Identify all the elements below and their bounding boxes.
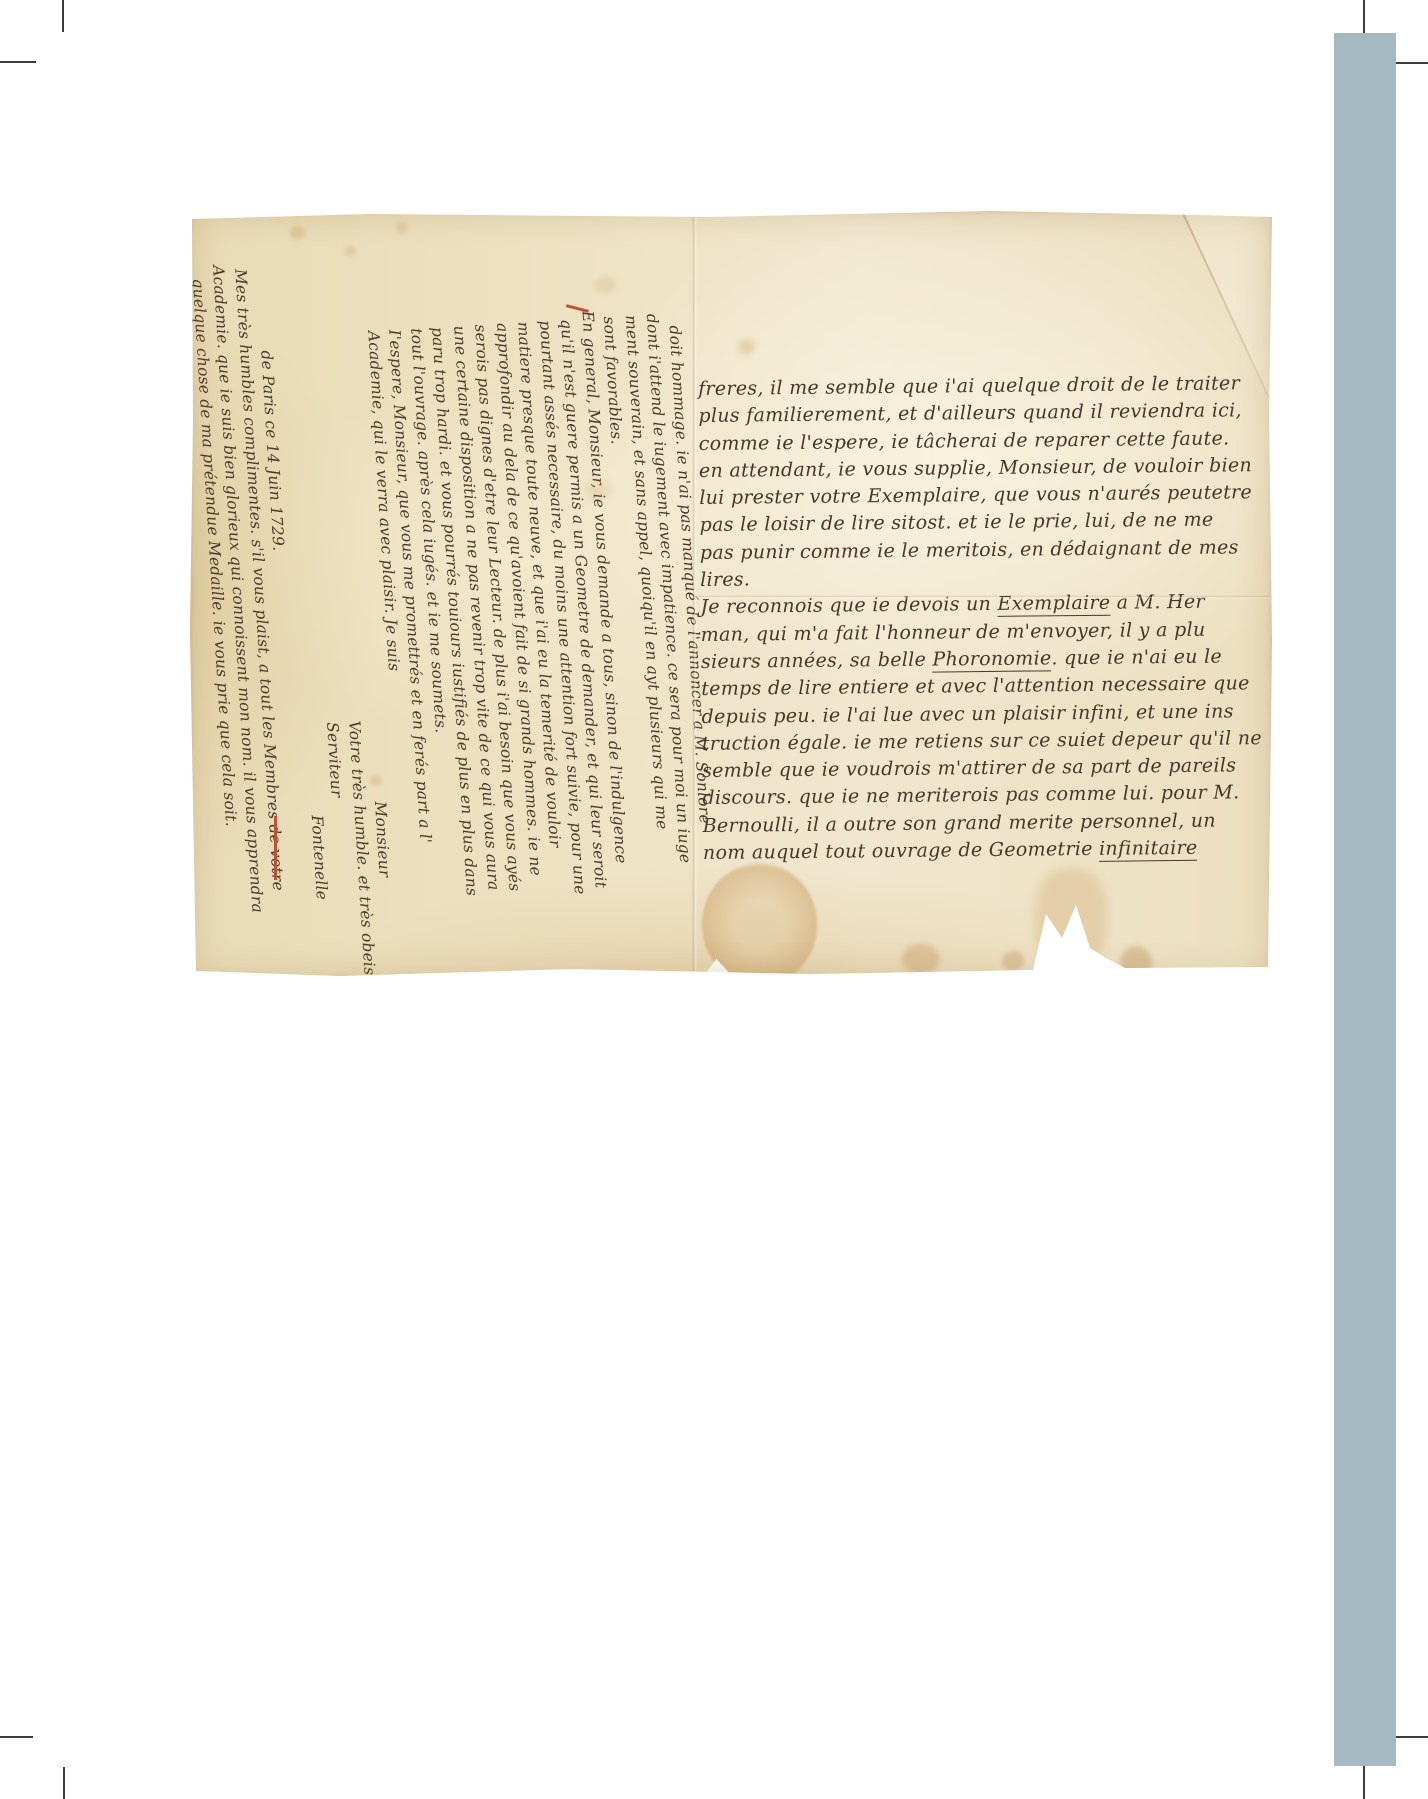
- crop-mark-top-right-horizontal: [1392, 62, 1428, 64]
- line-text: nom auquel tout ouvrage de Geometrie: [703, 838, 1099, 864]
- print-layout-page: doit hommage. ie n'ai pas manqué de l'an…: [0, 0, 1428, 1799]
- underlined-word: Phoronomie: [932, 647, 1051, 672]
- crop-mark-top-right-vertical: [1363, 0, 1365, 33]
- crop-mark-bottom-left-horizontal: [0, 1736, 33, 1738]
- letter-right-page-text: freres, il me semble que i'ai quelque dr…: [698, 370, 1281, 867]
- crop-mark-top-left-horizontal: [0, 61, 36, 63]
- crop-mark-bottom-right-horizontal: [1395, 1736, 1428, 1738]
- foxing-stain: [902, 944, 940, 974]
- foxing-stain: [1120, 946, 1152, 980]
- crop-mark-top-left-vertical: [62, 0, 64, 32]
- line-text: . que ie n'ai eu le: [1051, 645, 1222, 669]
- foxing-stain: [738, 339, 755, 354]
- line-text: sieurs années, sa belle: [701, 649, 933, 673]
- crop-mark-bottom-right-vertical: [1363, 1766, 1365, 1799]
- signature-red-underline: [274, 816, 277, 880]
- sidebar-accent-bar: [1334, 33, 1396, 1766]
- tear-discoloration: [1035, 869, 1107, 967]
- handwriting-line: nom auquel tout ouvrage de Geometrie inf…: [703, 834, 1281, 867]
- crop-mark-bottom-left-vertical: [63, 1767, 65, 1799]
- letter-scan-image: doit hommage. ie n'ai pas manqué de l'an…: [190, 211, 1272, 978]
- horizontal-fold-line: [693, 595, 1272, 599]
- torn-edge-notch: [702, 959, 734, 978]
- letter-left-page-rotated-text: doit hommage. ie n'ai pas manqué de l'an…: [183, 205, 723, 984]
- foxing-stain: [1002, 951, 1024, 971]
- underlined-word: infinitaire: [1099, 837, 1198, 862]
